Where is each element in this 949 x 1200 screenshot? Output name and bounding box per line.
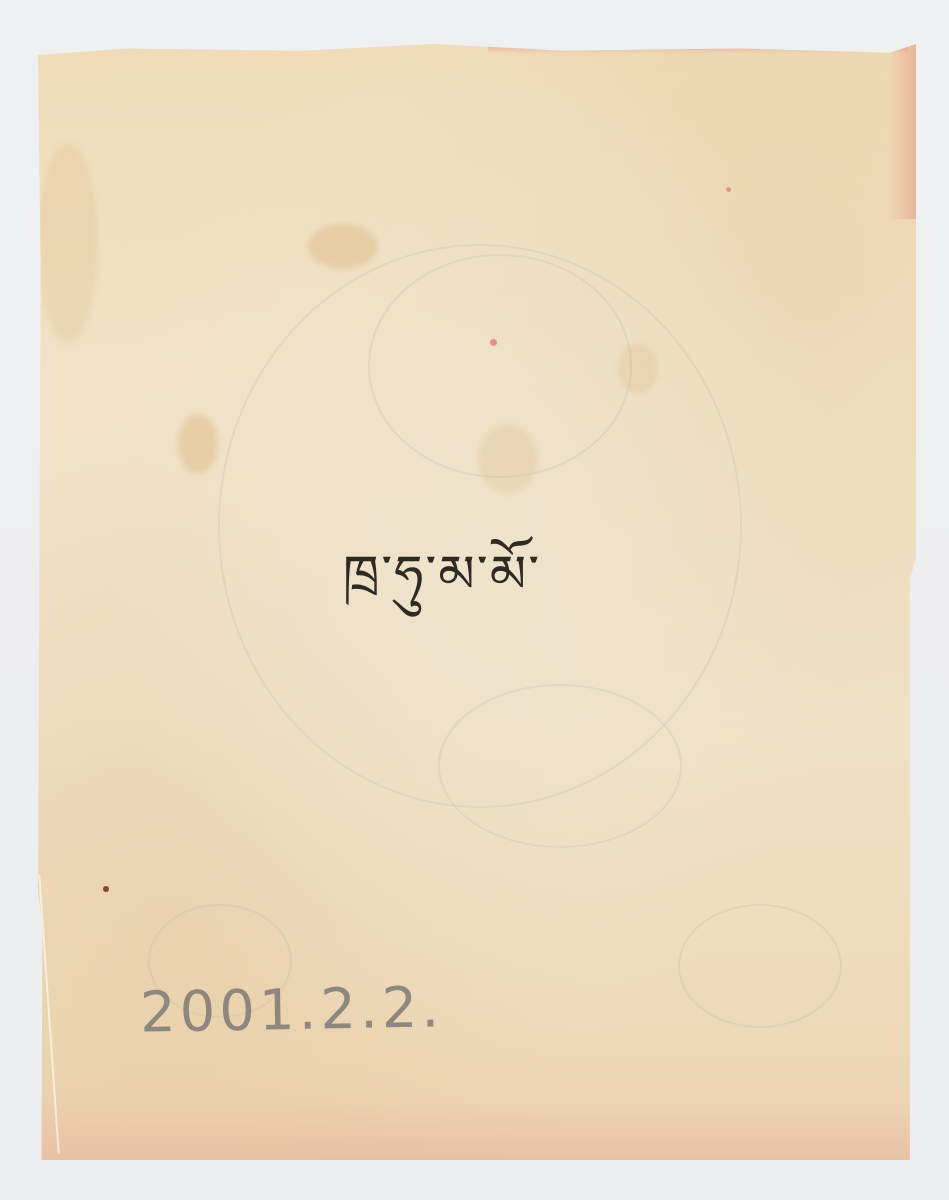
- water-stain: [308, 224, 378, 269]
- inventory-number: 2001.2.2.: [139, 975, 443, 1045]
- pink-edge-stain-top: [488, 44, 908, 54]
- photo-backdrop: ཁྲ་ཧུ་མ་མོ་ 2001.2.2.: [0, 0, 949, 1200]
- water-stain: [178, 414, 218, 474]
- red-pigment-speck: [726, 187, 731, 192]
- pink-edge-stain-right: [888, 44, 916, 219]
- brown-dot: [103, 886, 109, 892]
- tibetan-inscription: ཁྲ་ཧུ་མ་མོ་: [282, 540, 602, 640]
- red-pigment-speck: [490, 339, 497, 346]
- show-through-drawing: [368, 254, 632, 478]
- pink-edge-stain-bottom: [38, 1100, 916, 1160]
- water-stain: [38, 144, 98, 344]
- show-through-drawing: [438, 684, 682, 848]
- show-through-drawing: [678, 904, 842, 1028]
